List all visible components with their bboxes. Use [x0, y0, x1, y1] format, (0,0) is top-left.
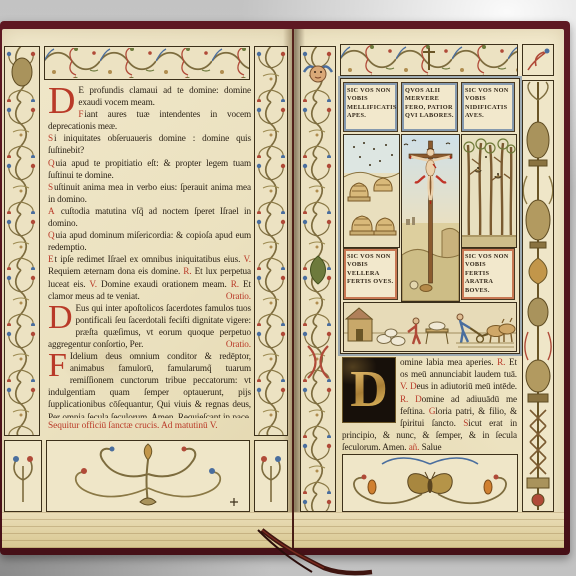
verse-text: uia apud dominum miſericordia: & copioſa…: [48, 230, 251, 252]
oratio-label: Oratio.: [220, 290, 251, 302]
corner-block-sprig-icon: [4, 440, 42, 512]
initial-D-red: D: [48, 302, 75, 332]
woodcut-label-mid-right: SIC VOS NON VOBIS FERTIS ARATRA BOVES.: [461, 248, 515, 300]
woodcut-label-mid-left: SIC VOS NON VOBIS VELLERA FERTIS OVES.: [343, 248, 398, 300]
antiphon-mark: añ.: [409, 442, 422, 450]
verse-text: uſtinuit anima mea in verbo eius: ſperau…: [48, 182, 251, 204]
verse-text: Idelium deus omnium conditor & redēptor,…: [48, 351, 251, 418]
arabesque-top-frieze-right-page: [340, 44, 518, 76]
verse: Suſtinuit anima mea in verbo eius: ſpera…: [48, 181, 251, 205]
arabesque-bottom-panel-left-page: [46, 440, 250, 512]
arabesque-top-frieze-left-page: [44, 46, 250, 80]
gold-letter: D: [350, 364, 387, 416]
matins-text: omine labia mea aperies.: [400, 357, 497, 367]
red-initial: Q: [48, 158, 56, 168]
response-mark: R.: [497, 357, 509, 367]
prayer-deus-qui: DEus qui inter apoſtolicos ſacerdotes fa…: [48, 302, 251, 350]
arabesque-border-gutter-column: [300, 46, 336, 512]
arabesque-border-left-column: [4, 46, 40, 436]
woodcut-label-top-right: SIC VOS NON VOBIS NIDIFICATIS AVES.: [461, 82, 515, 132]
crucifix-panel: [401, 134, 460, 302]
illuminated-gold-initial-D: D: [342, 357, 396, 423]
shearing-and-plowing-scene: [343, 302, 517, 352]
response-mark: R. D: [400, 394, 422, 404]
butterfly-bottom-panel: [342, 454, 518, 512]
red-rubric-line: Sequitur officiū ſanctæ crucis. Ad matut…: [48, 421, 251, 431]
matins-text: eus in adiutoriū meū intēde.: [417, 381, 517, 391]
lion-icon: [420, 285, 432, 292]
skull-icon: [410, 281, 418, 289]
verse-with-versicles: Et ipſe redimet Iſrael ex omnibus iniqui…: [48, 253, 251, 301]
red-initial: Q: [48, 230, 56, 240]
woodcut-label-top-left: SIC VOS NON VOBIS MELLIFICATIS APES.: [343, 82, 398, 132]
verse-text: t ipſe redimet Iſrael ex omnibus iniquit…: [55, 254, 244, 264]
versicle-mark: V. D: [400, 381, 417, 391]
red-initial: A: [48, 206, 56, 216]
verse: A cuſtodia matutina vſq̃ ad noctem ſpere…: [48, 205, 251, 229]
candelabrum-border-icon: [522, 80, 554, 512]
response-mark: R.: [183, 266, 194, 276]
corner-block-sprig-icon: [254, 440, 288, 512]
verse-text: cuſtodia matutina vſq̃ ad noctem ſperet …: [48, 206, 251, 228]
verse-text: Domine exaudi orationem meam.: [101, 279, 231, 289]
verse-text: E profundis clamaui ad te domine: domine…: [78, 85, 251, 107]
oratio-label: Oratio.: [220, 338, 251, 350]
seed-pod-icon: [484, 480, 492, 494]
verse-text: uia apud te propitiatio eſt: & propter l…: [48, 158, 251, 180]
matins-text-block: Domine labia mea aperies. R. Et os meū a…: [342, 356, 517, 450]
seed-pod-icon: [368, 480, 376, 494]
book-photo-scene: DE profundis clamaui ad te domine: domin…: [0, 0, 576, 576]
matins-text: Salue: [422, 442, 442, 450]
beehives-scene: [343, 134, 400, 248]
verse: Quia apud te propitiatio eſt: & propter …: [48, 157, 251, 181]
initial-F-red: F: [48, 350, 70, 380]
corner-block-sprig-icon: [522, 44, 554, 76]
prayer-fidelium: FIdelium deus omnium conditor & redēptor…: [48, 350, 251, 418]
verse-de-profundis: DE profundis clamaui ad te domine: domin…: [48, 84, 251, 108]
woodcut-label-top-center: QVOS ALII MERVERE FERO, PATIOR QVI LABOR…: [401, 82, 458, 132]
verse-text: Requiem æternam dona eis domine.: [48, 266, 183, 276]
versicle-mark: V.: [243, 254, 251, 264]
verse-text: i iniquitates obſeruaueris domine : domi…: [48, 133, 251, 155]
psalm-text-column: DE profundis clamaui ad te domine: domin…: [48, 84, 251, 418]
initial-D-red: D: [48, 84, 78, 117]
arabesque-border-right-column-left-page: [254, 46, 288, 436]
birds-nests-scene: [461, 134, 517, 248]
versicle-mark: V.: [89, 279, 101, 289]
response-mark: R.: [231, 279, 243, 289]
verse: Quia apud dominum miſericordia: & copioſ…: [48, 229, 251, 253]
verse: Fiant aures tuæ intendentes in vocem dep…: [48, 108, 251, 132]
verse: Si iniquitates obſeruaueris domine : dom…: [48, 132, 251, 156]
ribbon-bookmark: [248, 528, 378, 576]
